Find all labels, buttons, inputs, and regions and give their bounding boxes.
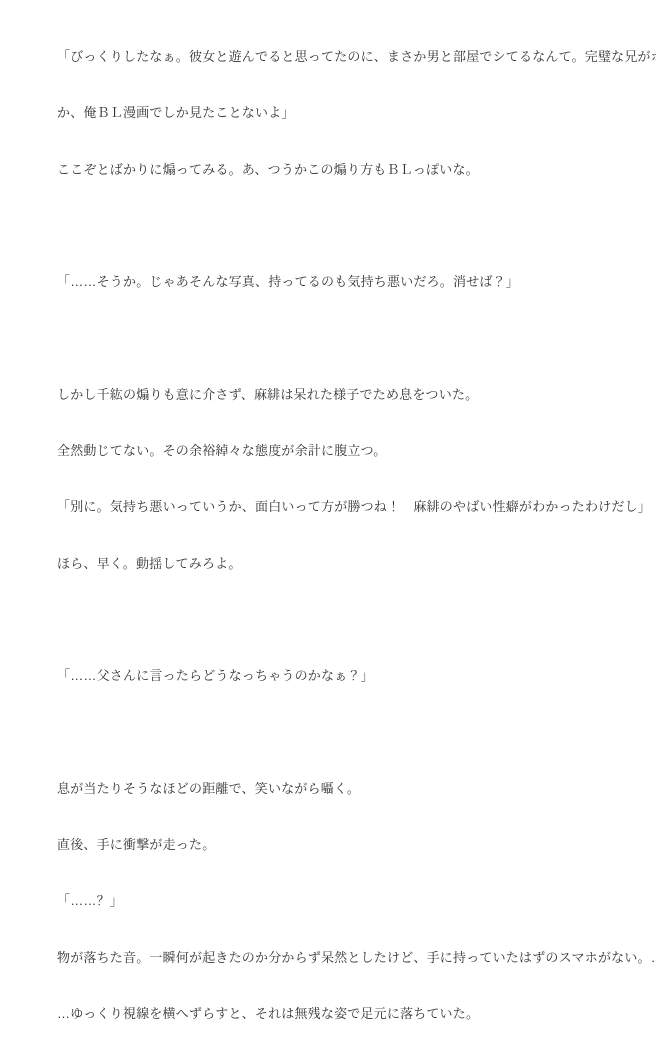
page-background: { "page": { "background_color": "#ffffff…: [0, 0, 656, 827]
text-line: ほら、早く。動揺してみろよ。: [57, 542, 656, 585]
text-line: ここぞとばかりに煽ってみる。あ、つうかこの煽り方もＢＬっぽいな。: [57, 148, 656, 191]
blank-line: [57, 598, 656, 641]
blank-line: [57, 204, 656, 247]
text-line: 息が当たりそうなほどの距離で、笑いながら囁く。: [57, 767, 656, 810]
text-line: 「びっくりしたなぁ。彼女と遊んでると思ってたのに、まさか男と部屋でシてるなんて。…: [57, 35, 656, 78]
text-line: 全然動じてない。その余裕綽々な態度が余計に腹立つ。: [57, 429, 656, 472]
blank-line: [57, 711, 656, 754]
text-line: 直後、手に衝撃が走った。: [57, 823, 656, 827]
text-line: 「別に。気持ち悪いっていうか、面白いって方が勝つね！ 麻緋のやばい性癖がわかった…: [57, 485, 656, 528]
text-line: か、俺ＢＬ漫画でしか見たことないよ」: [57, 91, 656, 134]
novel-text-page: 「びっくりしたなぁ。彼女と遊んでると思ってたのに、まさか男と部屋でシてるなんて。…: [57, 22, 656, 827]
text-line: 「……そうか。じゃあそんな写真、持ってるのも気持ち悪いだろ。消せば？」: [57, 260, 656, 303]
text-line: しかし千紘の煽りも意に介さず、麻緋は呆れた様子でため息をついた。: [57, 373, 656, 416]
blank-line: [57, 316, 656, 359]
text-line: 「……父さんに言ったらどうなっちゃうのかなぁ？」: [57, 654, 656, 697]
